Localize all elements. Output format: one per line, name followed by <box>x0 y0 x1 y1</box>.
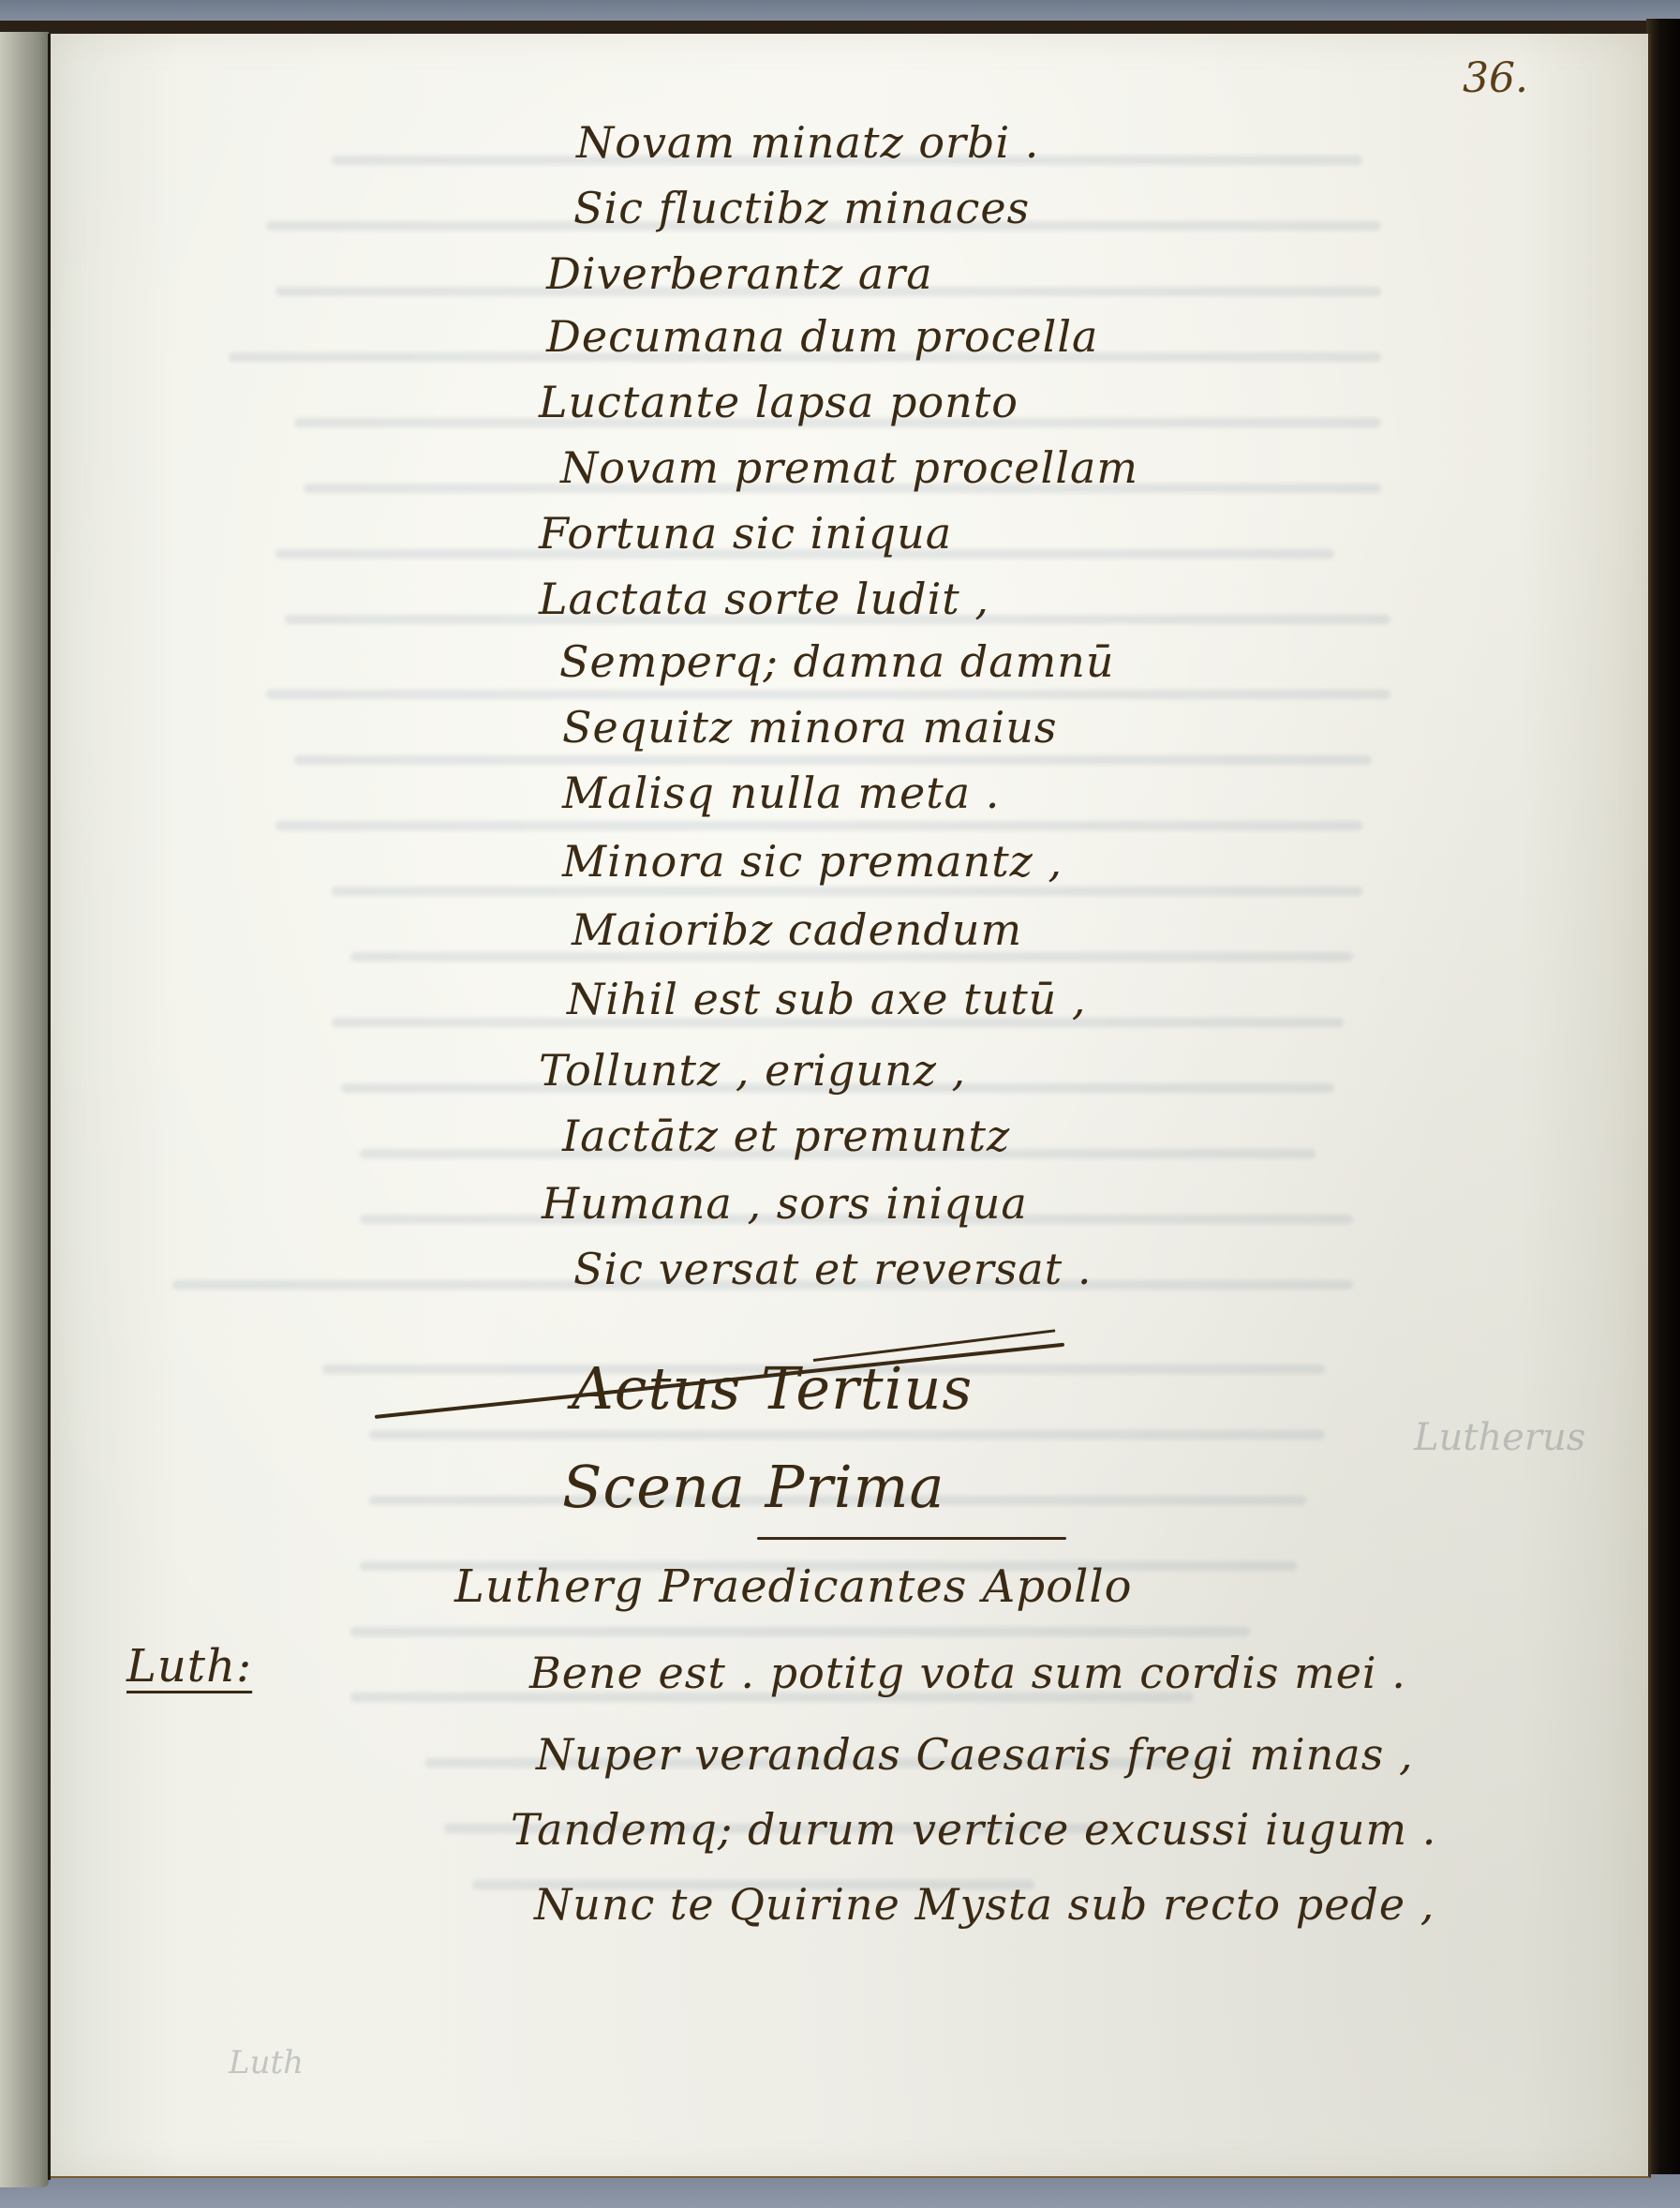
speaker-label: Luth: <box>126 1640 252 1693</box>
bottom-pencil-mark: Luth <box>229 2044 304 2081</box>
margin-bleed-note: Lutherus <box>1414 1416 1585 1459</box>
verse-line: Decumana dum procella <box>546 305 1099 368</box>
verse-line: Tolluntz , erigunz , <box>539 1038 966 1102</box>
speech-line: Nunc te Quirine Mysta sub recto pede , <box>534 1879 1435 1930</box>
verse-line: Novam premat procellam <box>560 436 1138 500</box>
verse-line: Sic fluctibz minaces <box>573 176 1030 240</box>
verse-line: Malisq nulla meta . <box>562 761 1000 825</box>
verse-line: Lactata sorte ludit , <box>539 567 989 631</box>
scene-heading: Scena Prima <box>562 1453 944 1521</box>
speech-line: Nuper verandas Caesaris fregi minas , <box>536 1729 1414 1780</box>
verse-line: Humana , sors iniqua <box>542 1171 1028 1235</box>
verse-line: Novam minatz orbi . <box>576 111 1039 174</box>
verse-line: Fortuna sic iniqua <box>539 501 952 565</box>
verse-line: Sequitz minora maius <box>562 695 1058 759</box>
verse-line: Semperq; damna damnū <box>559 630 1114 694</box>
verse-line: Diverberantz ara <box>546 242 933 306</box>
dramatis-personae: Lutherg Praedicantes Apollo <box>454 1560 1133 1613</box>
speech-line: Tandemq; durum vertice excussi iugum . <box>511 1804 1436 1855</box>
facing-leaf <box>0 32 49 2187</box>
speech-line: Bene est . potitg vota sum cordis mei . <box>529 1648 1406 1698</box>
verse-line: Maioribz cadendum <box>572 898 1022 962</box>
scene-heading-underline <box>757 1537 1066 1540</box>
book-fore-edge <box>1646 19 1680 2174</box>
verse-line: Luctante lapsa ponto <box>539 370 1018 434</box>
verse-line: Nihil est sub axe tutū , <box>567 967 1087 1031</box>
verse-line: Iactātz et premuntz <box>562 1104 1010 1168</box>
verse-line: Minora sic premantz , <box>562 829 1063 893</box>
act-heading: Actus Tertius <box>572 1354 973 1423</box>
verse-line: Sic versat et reversat . <box>573 1237 1092 1301</box>
folio-number: 36. <box>1463 54 1528 102</box>
book-top-edge <box>0 21 1680 34</box>
